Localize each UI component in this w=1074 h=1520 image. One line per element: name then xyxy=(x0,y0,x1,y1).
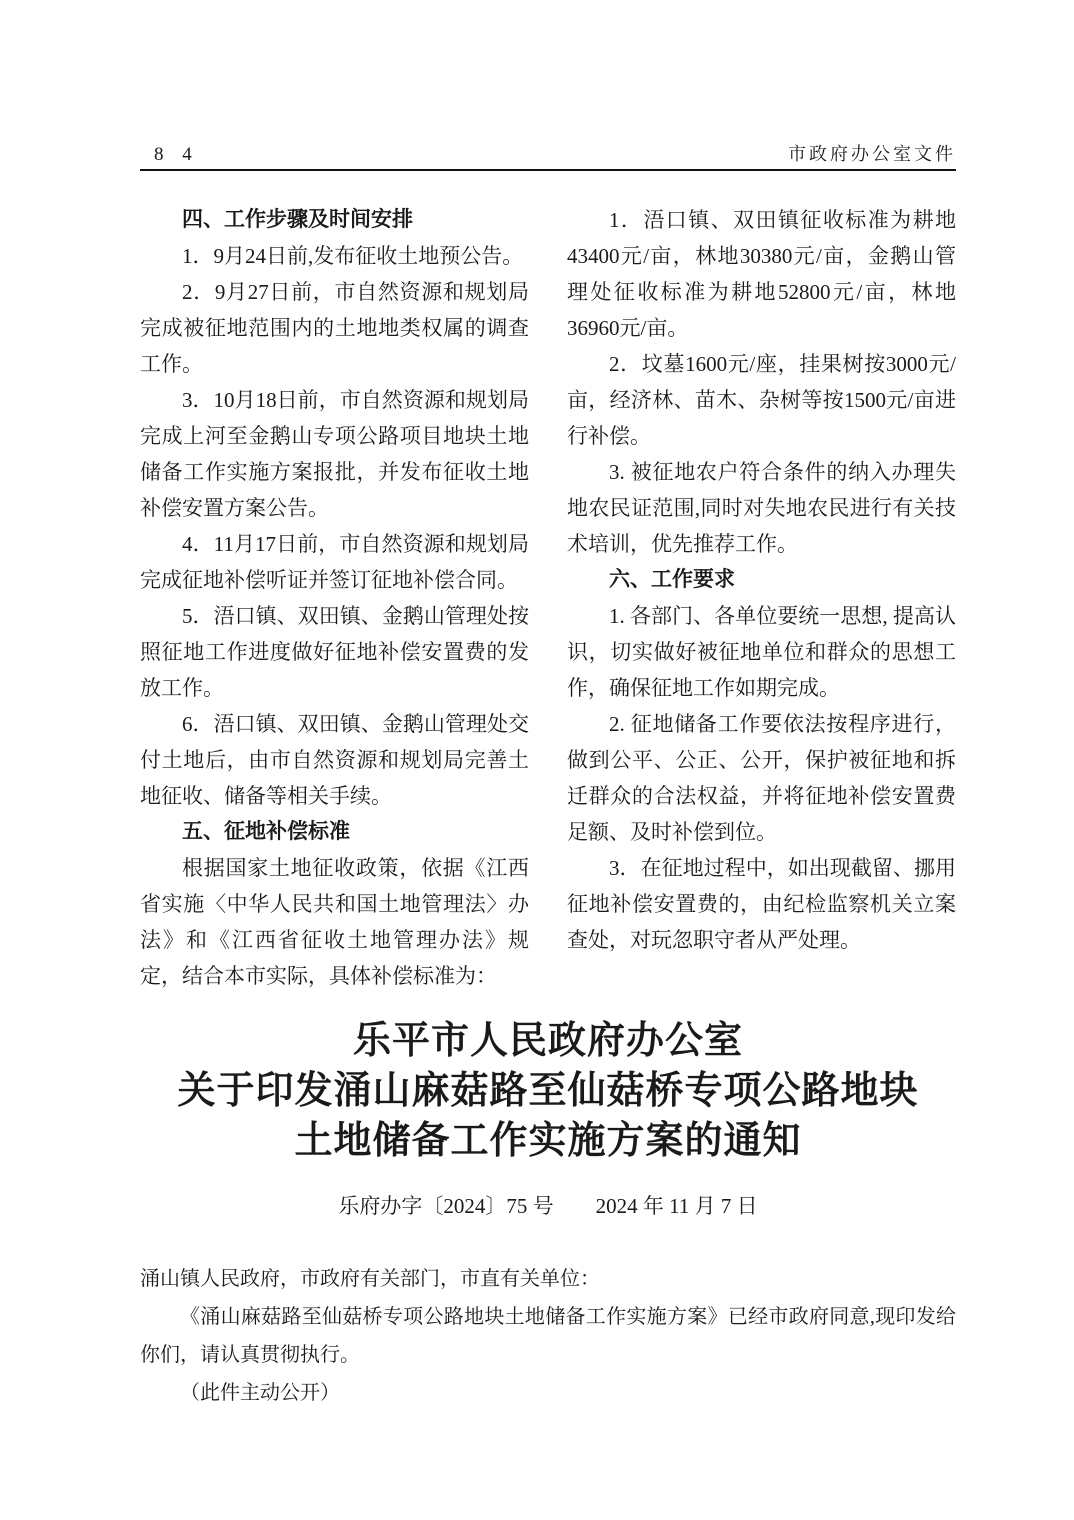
step-item-2: 2．9月27日前，市自然资源和规划局完成被征地范围内的土地地类权属的调查工作。 xyxy=(140,274,529,382)
salutation: 涌山镇人民政府，市政府有关部门，市直有关单位： xyxy=(140,1260,956,1298)
notice-title-line-3: 土地储备工作实施方案的通知 xyxy=(140,1116,956,1166)
doc-number-line: 乐府办字〔2024〕75 号2024 年 11 月 7 日 xyxy=(140,1190,956,1220)
standard-item-3: 3. 被征地农户符合条件的纳入办理失地农民证范围,同时对失地农民进行有关技术培训… xyxy=(567,454,956,562)
right-column: 1．浯口镇、双田镇征收标准为耕地43400元/亩，林地30380元/亩，金鹅山管… xyxy=(567,202,956,994)
doc-date: 2024 年 11 月 7 日 xyxy=(596,1194,758,1218)
notice-title-line-1: 乐平市人民政府办公室 xyxy=(140,1016,956,1066)
document-page: 8 4 市政府办公室文件 四、工作步骤及时间安排 1．9月24日前,发布征收土地… xyxy=(0,0,1074,1520)
section-heading-6: 六、工作要求 xyxy=(567,562,956,598)
requirement-item-2: 2. 征地储备工作要依法按程序进行，做到公平、公正、公开，保护被征地和拆迁群众的… xyxy=(567,706,956,850)
notice-title-line-2: 关于印发涌山麻菇路至仙菇桥专项公路地块 xyxy=(140,1066,956,1116)
left-column: 四、工作步骤及时间安排 1．9月24日前,发布征收土地预公告。 2．9月27日前… xyxy=(140,202,529,994)
step-item-3: 3．10月18日前，市自然资源和规划局完成上河至金鹅山专项公路项目地块土地储备工… xyxy=(140,382,529,526)
standard-item-2: 2．坟墓1600元/座，挂果树按3000元/亩，经济林、苗木、杂树等按1500元… xyxy=(567,346,956,454)
compensation-basis-paragraph: 根据国家土地征收政策，依据《江西省实施〈中华人民共和国土地管理法〉办法》和《江西… xyxy=(140,850,529,994)
notice-body: 涌山镇人民政府，市政府有关部门，市直有关单位： 《涌山麻菇路至仙菇桥专项公路地块… xyxy=(140,1260,956,1412)
header-rule xyxy=(140,169,956,171)
section-heading-5: 五、征地补偿标准 xyxy=(140,814,529,850)
disclosure-note: （此件主动公开） xyxy=(140,1374,956,1412)
step-item-6: 6．浯口镇、双田镇、金鹅山管理处交付土地后，由市自然资源和规划局完善土地征收、储… xyxy=(140,706,529,814)
step-item-1: 1．9月24日前,发布征收土地预公告。 xyxy=(140,238,529,274)
step-item-4: 4．11月17日前，市自然资源和规划局完成征地补偿听证并签订征地补偿合同。 xyxy=(140,526,529,598)
header-label: 市政府办公室文件 xyxy=(788,140,956,166)
notice-body-paragraph: 《涌山麻菇路至仙菇桥专项公路地块土地储备工作实施方案》已经市政府同意,现印发给你… xyxy=(140,1298,956,1374)
notice-title: 乐平市人民政府办公室 关于印发涌山麻菇路至仙菇桥专项公路地块 土地储备工作实施方… xyxy=(140,1016,956,1166)
section-heading-4: 四、工作步骤及时间安排 xyxy=(140,202,529,238)
doc-number: 乐府办字〔2024〕75 号 xyxy=(338,1194,553,1218)
page-header: 8 4 市政府办公室文件 xyxy=(140,140,956,166)
two-column-body: 四、工作步骤及时间安排 1．9月24日前,发布征收土地预公告。 2．9月27日前… xyxy=(140,202,956,994)
page-content: 8 4 市政府办公室文件 四、工作步骤及时间安排 1．9月24日前,发布征收土地… xyxy=(140,140,956,1412)
requirement-item-3: 3．在征地过程中，如出现截留、挪用征地补偿安置费的，由纪检监察机关立案查处，对玩… xyxy=(567,850,956,958)
standard-item-1: 1．浯口镇、双田镇征收标准为耕地43400元/亩，林地30380元/亩，金鹅山管… xyxy=(567,202,956,346)
requirement-item-1: 1. 各部门、各单位要统一思想, 提高认识，切实做好被征地单位和群众的思想工作，… xyxy=(567,598,956,706)
page-number: 8 4 xyxy=(140,144,199,166)
step-item-5: 5．浯口镇、双田镇、金鹅山管理处按照征地工作进度做好征地补偿安置费的发放工作。 xyxy=(140,598,529,706)
